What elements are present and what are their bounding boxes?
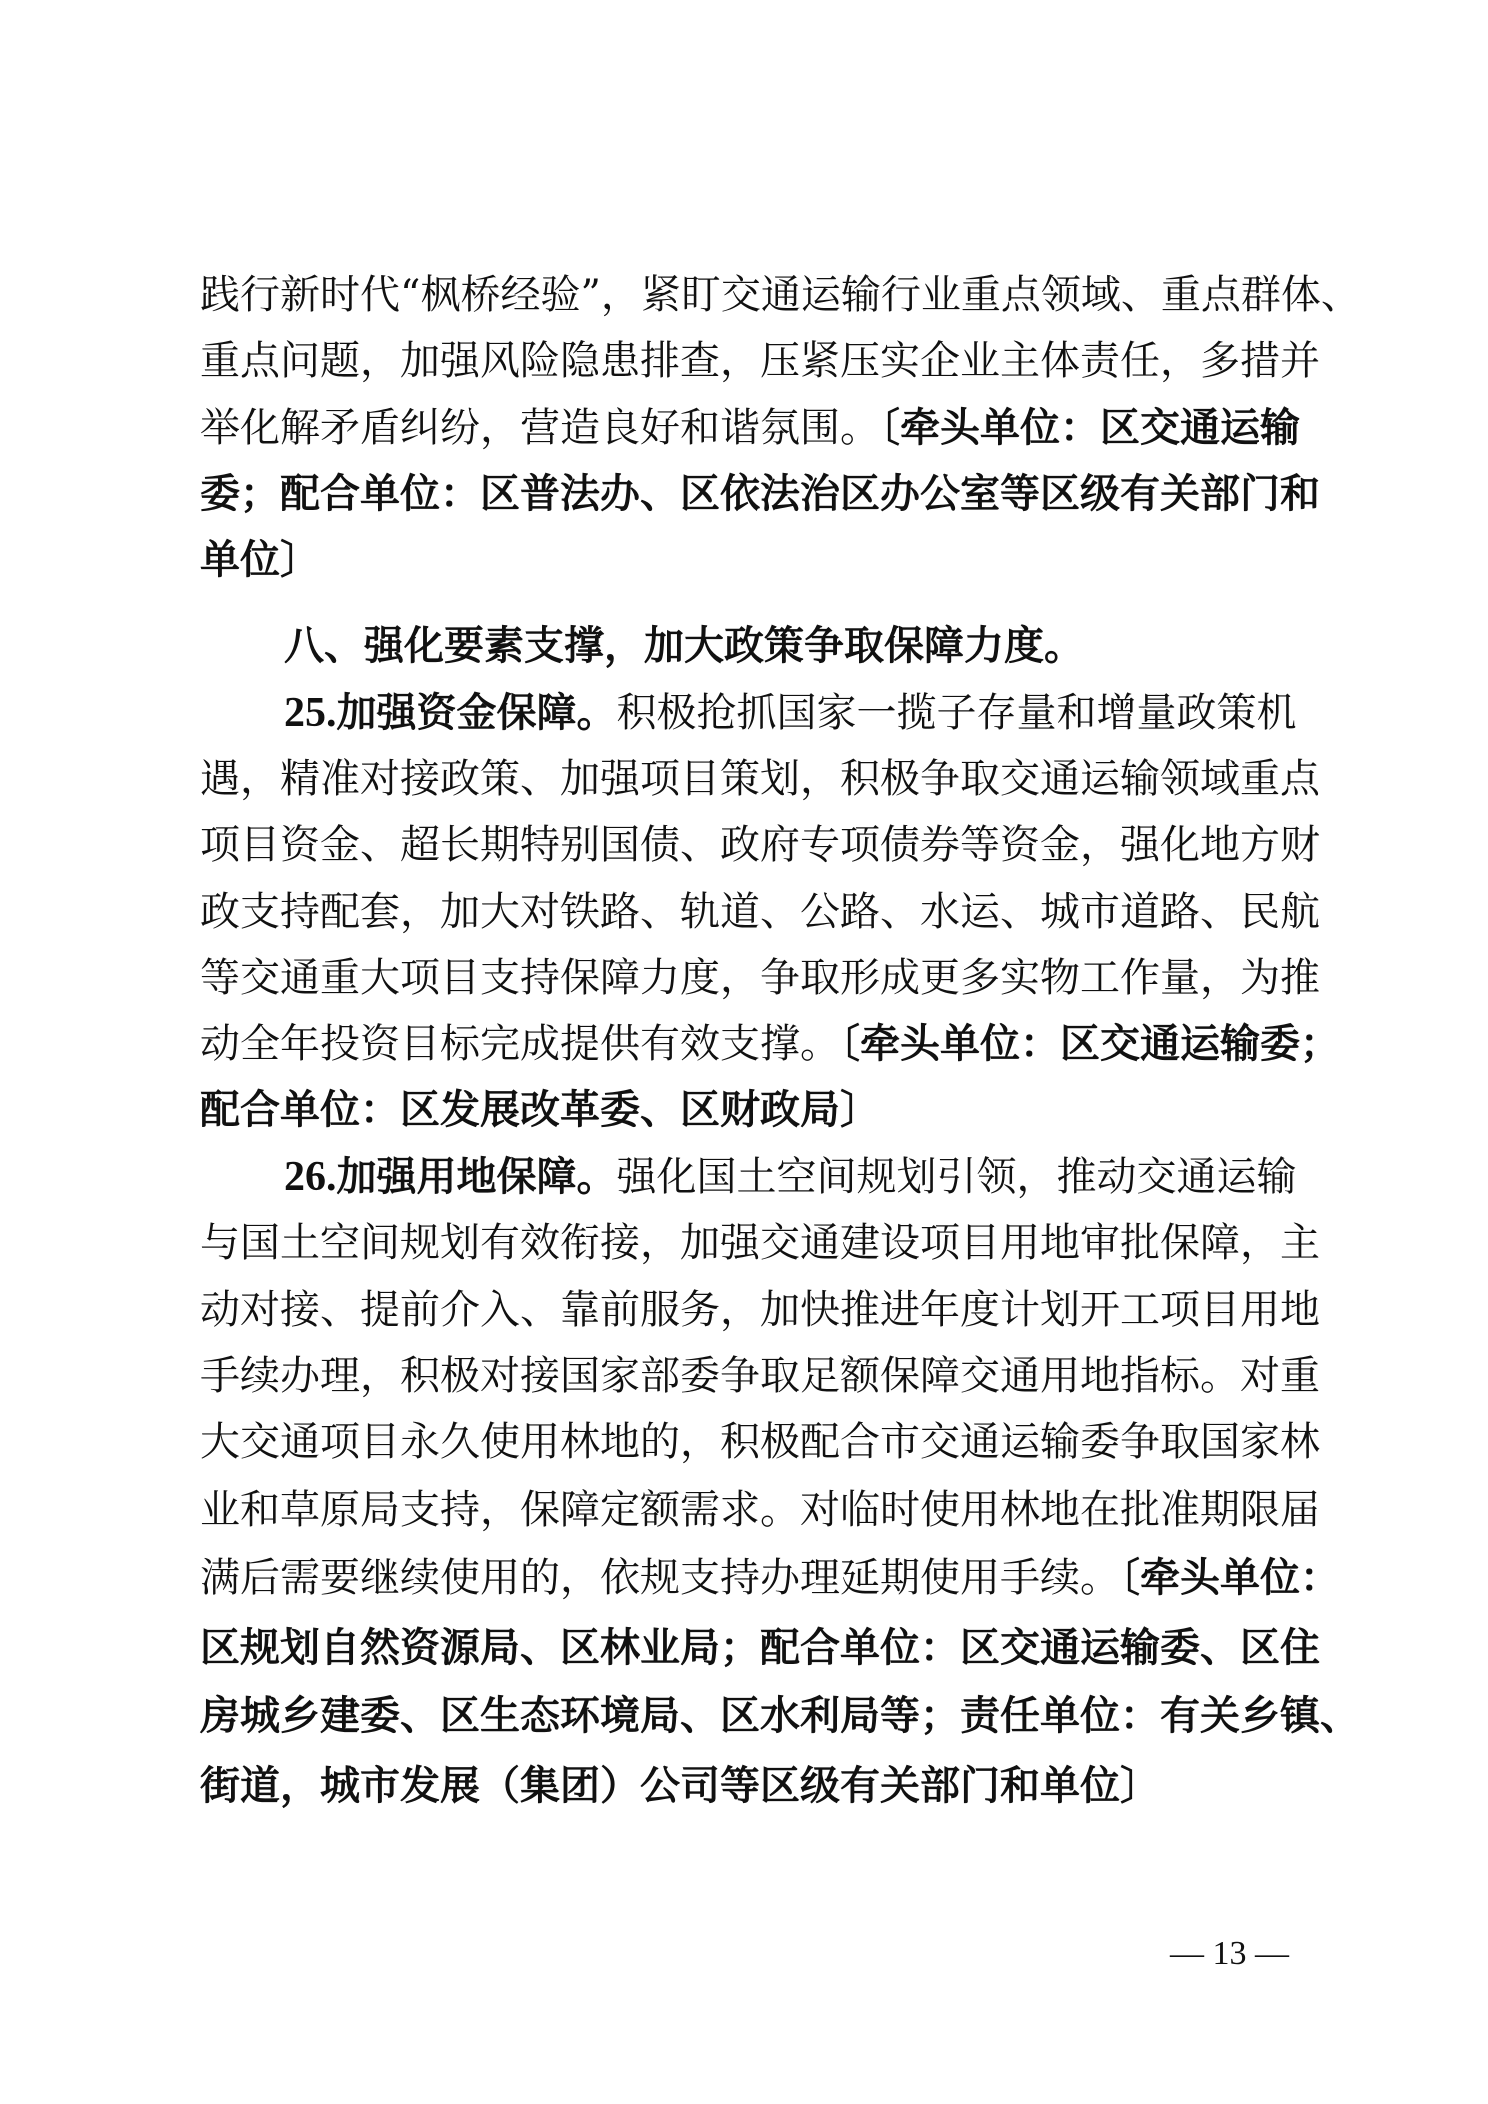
item-number: 25. bbox=[284, 690, 337, 736]
item-number: 26. bbox=[284, 1154, 337, 1200]
section-heading: 八、强化要素支撑，加大政策争取保障力度。 bbox=[284, 620, 1292, 672]
responsibility-note: 〔牵头单位： bbox=[1120, 1554, 1340, 1601]
body-line: 与国土空间规划有效衔接，加强交通建设项目用地审批保障，主 bbox=[200, 1217, 1292, 1269]
body-text: 积极抢抓国家一揽子存量和增量政策机 bbox=[617, 690, 1297, 736]
responsibility-note-line: 房城乡建委、区生态环境局、区水利局等；责任单位：有关乡镇、 bbox=[200, 1690, 1292, 1742]
body-line: 举化解矛盾纠纷，营造良好和谐氛围。〔牵头单位：区交通运输 bbox=[200, 402, 1292, 454]
responsibility-note-line: 街道，城市发展（集团）公司等区级有关部门和单位〕 bbox=[200, 1760, 1292, 1812]
body-line: 动全年投资目标完成提供有效支撑。〔牵头单位：区交通运输委； bbox=[200, 1018, 1292, 1070]
body-line: 等交通重大项目支持保障力度，争取形成更多实物工作量，为推 bbox=[200, 952, 1292, 1004]
body-line: 动对接、提前介入、靠前服务，加快推进年度计划开工项目用地 bbox=[200, 1284, 1292, 1336]
page-number: — 13 — bbox=[1170, 1935, 1289, 1973]
body-line: 业和草原局支持，保障定额需求。对临时使用林地在批准期限届 bbox=[200, 1484, 1292, 1536]
item-title: 加强资金保障。 bbox=[337, 689, 617, 736]
responsibility-note: 〔牵头单位：区交通运输 bbox=[880, 404, 1300, 451]
body-text: 强化国土空间规划引领，推动交通运输 bbox=[617, 1154, 1297, 1200]
body-text: 满后需要继续使用的，依规支持办理延期使用手续。 bbox=[200, 1555, 1120, 1601]
item-25-first-line: 25.加强资金保障。积极抢抓国家一揽子存量和增量政策机 bbox=[284, 687, 1292, 739]
body-line: 践行新时代“枫桥经验”，紧盯交通运输行业重点领域、重点群体、 bbox=[200, 269, 1292, 321]
body-line: 重点问题，加强风险隐患排查，压紧压实企业主体责任，多措并 bbox=[200, 335, 1292, 387]
body-text: 动全年投资目标完成提供有效支撑。 bbox=[200, 1021, 840, 1067]
responsibility-note-line: 配合单位：区发展改革委、区财政局〕 bbox=[200, 1084, 1292, 1136]
body-line: 遇，精准对接政策、加强项目策划，积极争取交通运输领域重点 bbox=[200, 753, 1292, 805]
body-line: 手续办理，积极对接国家部委争取足额保障交通用地指标。对重 bbox=[200, 1350, 1292, 1402]
responsibility-note-line: 单位〕 bbox=[200, 534, 1292, 586]
item-26-first-line: 26.加强用地保障。强化国土空间规划引领，推动交通运输 bbox=[284, 1151, 1292, 1203]
responsibility-note-line: 区规划自然资源局、区林业局；配合单位：区交通运输委、区住 bbox=[200, 1622, 1292, 1674]
body-line: 满后需要继续使用的，依规支持办理延期使用手续。〔牵头单位： bbox=[200, 1552, 1292, 1604]
body-line: 大交通项目永久使用林地的，积极配合市交通运输委争取国家林 bbox=[200, 1416, 1292, 1468]
body-line: 项目资金、超长期特别国债、政府专项债券等资金，强化地方财 bbox=[200, 819, 1292, 871]
responsibility-note: 〔牵头单位：区交通运输委； bbox=[840, 1020, 1340, 1067]
body-line: 政支持配套，加大对铁路、轨道、公路、水运、城市道路、民航 bbox=[200, 886, 1292, 938]
body-text: 举化解矛盾纠纷，营造良好和谐氛围。 bbox=[200, 405, 880, 451]
item-title: 加强用地保障。 bbox=[337, 1153, 617, 1200]
document-page: 践行新时代“枫桥经验”，紧盯交通运输行业重点领域、重点群体、 重点问题，加强风险… bbox=[0, 0, 1488, 2104]
responsibility-note-line: 委；配合单位：区普法办、区依法治区办公室等区级有关部门和 bbox=[200, 468, 1292, 520]
